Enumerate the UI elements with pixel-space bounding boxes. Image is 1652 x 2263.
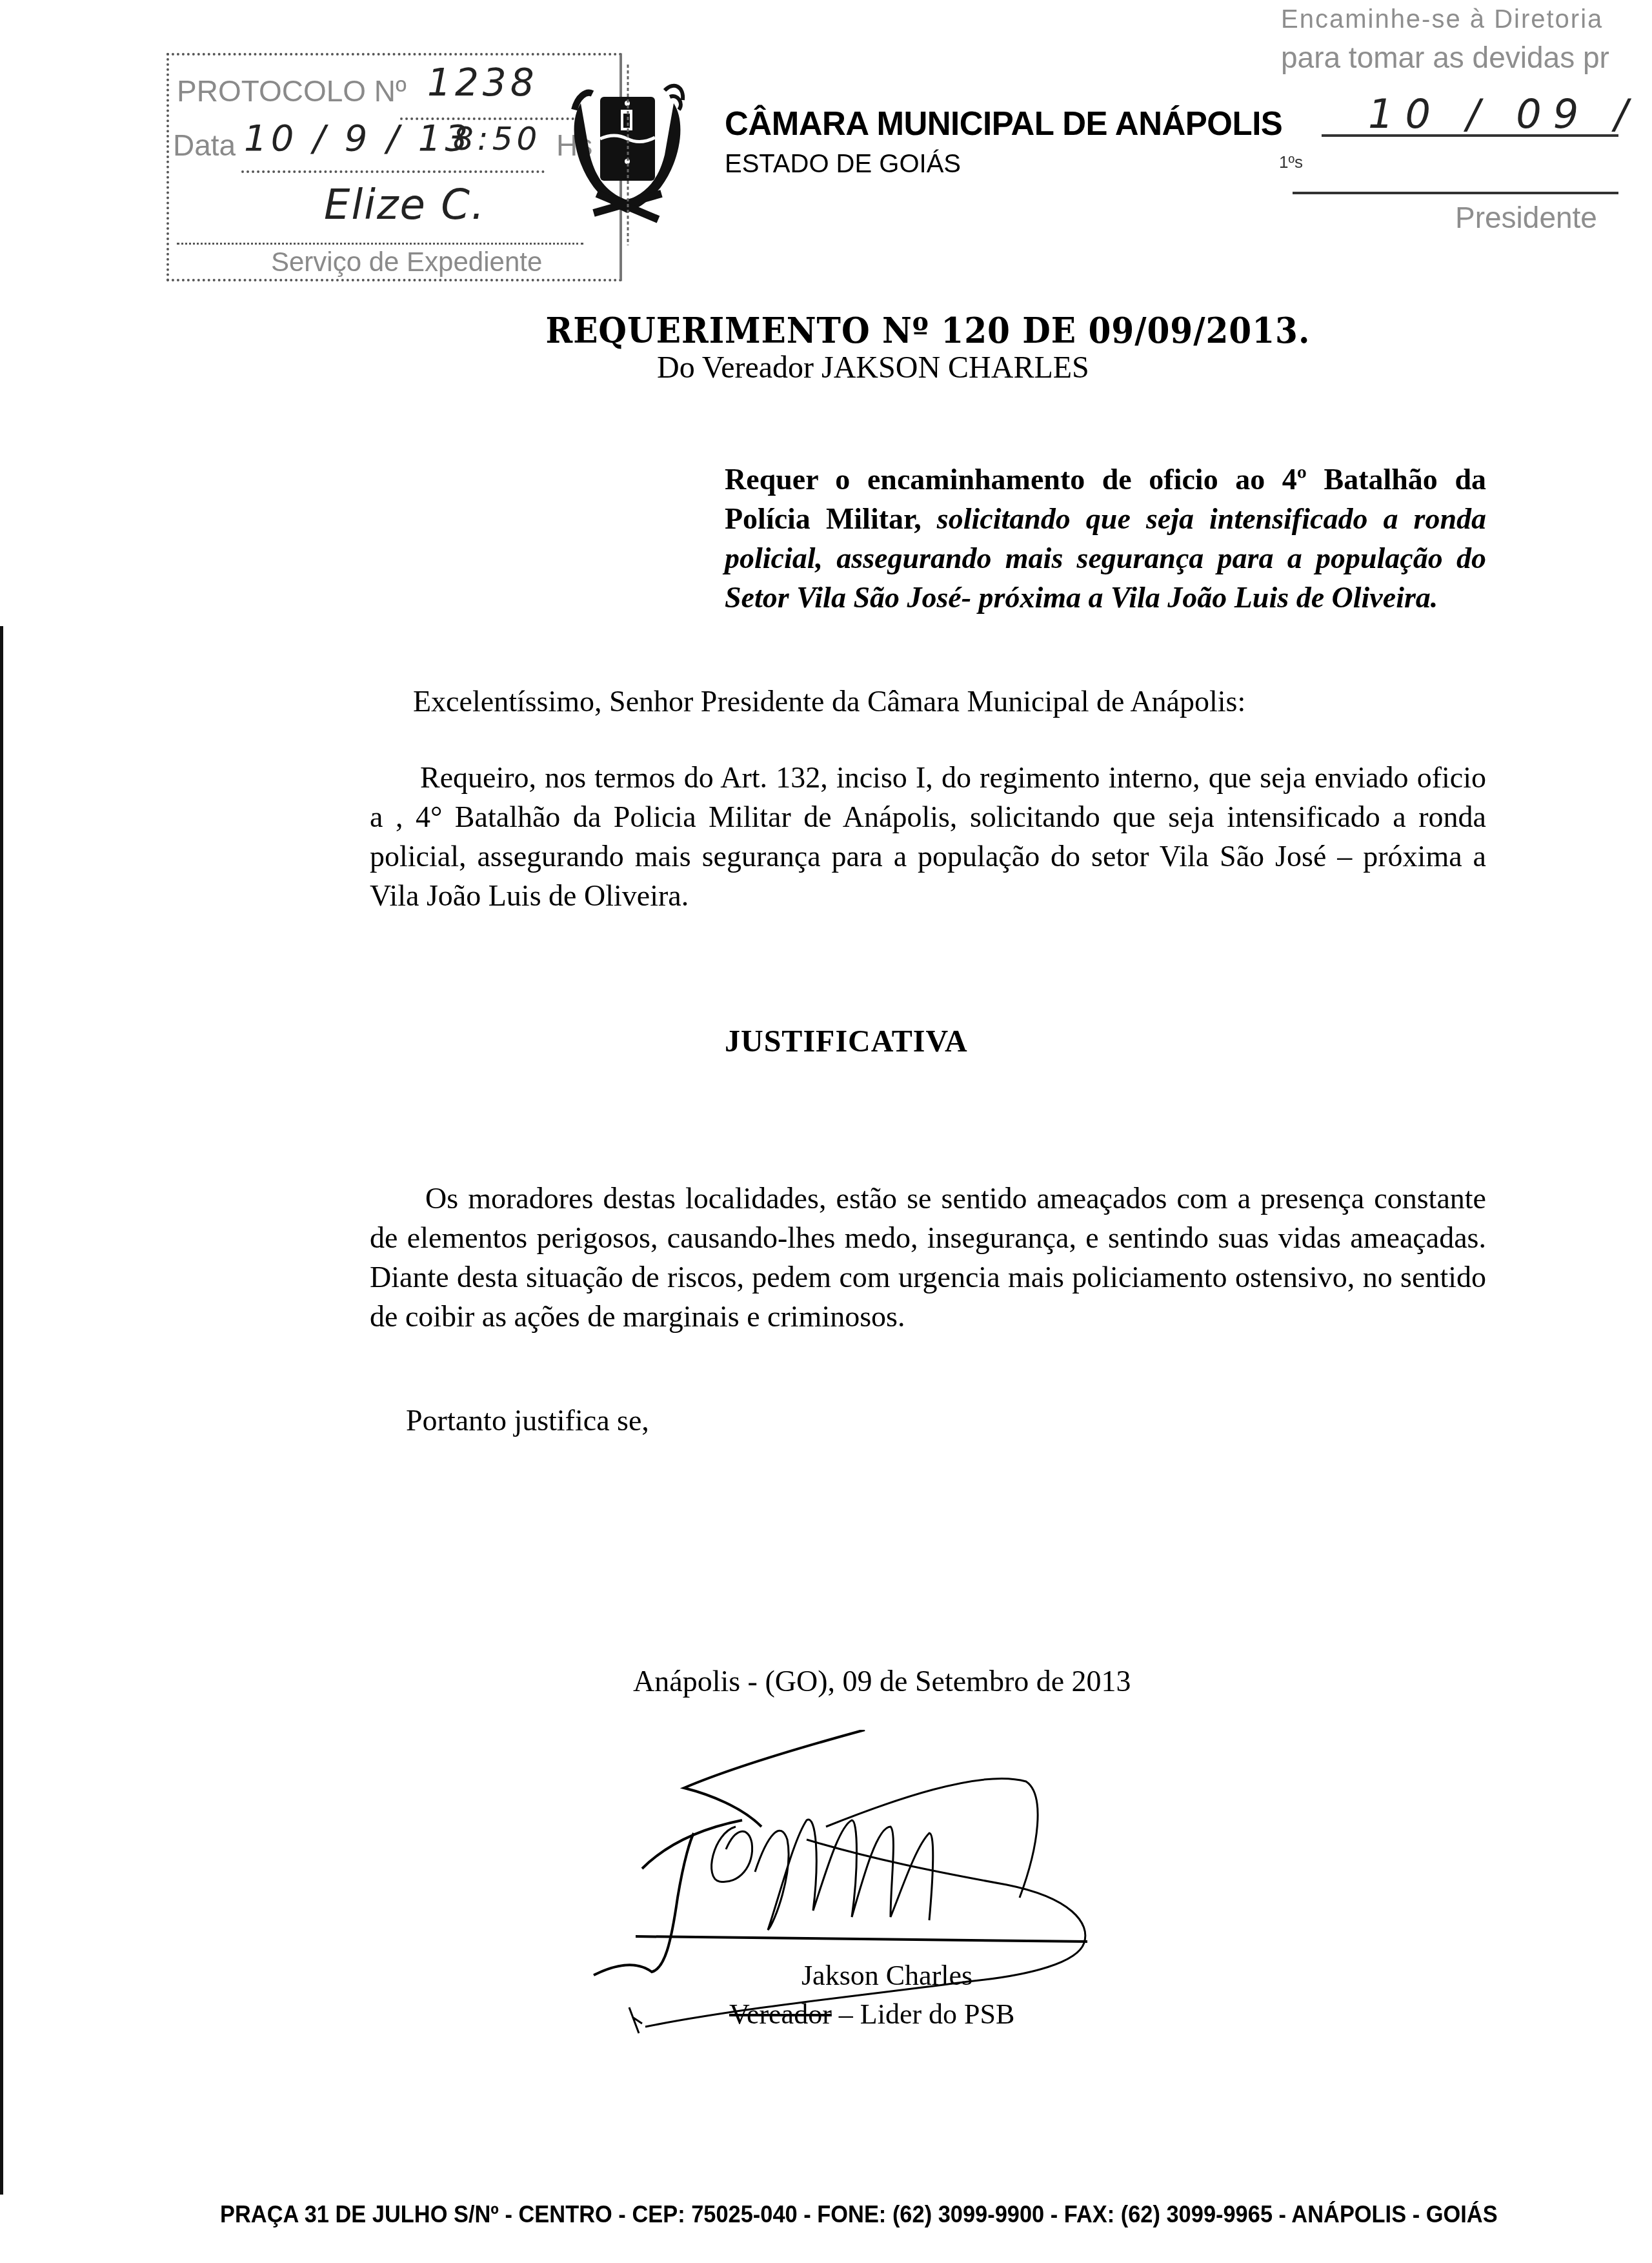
footer-address: PRAÇA 31 DE JULHO S/Nº - CENTRO - CEP: 7… — [220, 2201, 1498, 2228]
protocol-number: 1238 — [427, 61, 538, 105]
protocol-stamp: PROTOCOLO Nº 1238 Data 10 / 9 / 13 8:50 … — [166, 53, 622, 281]
justification-heading: JUSTIFICATIVA — [725, 1024, 968, 1059]
date-underline — [241, 170, 545, 173]
coat-of-arms-icon — [568, 65, 687, 245]
institution-state: ESTADO DE GOIÁS — [725, 150, 961, 179]
dispatch-date: 10 / 09 / — [1368, 90, 1640, 137]
protocol-label: PROTOCOLO Nº — [177, 74, 407, 108]
dispatch-date-underline — [1322, 134, 1618, 137]
dispatch-signature-line — [1293, 192, 1618, 194]
dispatch-line-2: para tomar as devidas pr — [1281, 40, 1609, 75]
closing-text: Portanto justifica se, — [406, 1403, 649, 1437]
signatory-name: Jakson Charles — [801, 1959, 972, 1992]
signatory-role-rest: – Lider do PSB — [832, 1998, 1015, 2030]
document-title: REQUERIMENTO Nº 120 DE 09/09/2013. — [65, 310, 1602, 351]
salutation: Excelentíssimo, Senhor Presidente da Câm… — [413, 684, 1245, 718]
dispatch-mark: 1ºs — [1279, 152, 1303, 172]
document-author: Do Vereador JAKSON CHARLES — [657, 350, 1089, 385]
protocol-time: 8:50 — [453, 120, 541, 157]
signatory-role: Vereador – Lider do PSB — [729, 1998, 1014, 2031]
department-label: Serviço de Expediente — [271, 247, 542, 278]
receiver-signature: Elize C. — [324, 181, 485, 229]
signatory-role-struck: Vereador — [729, 1998, 832, 2030]
institution-name: CÂMARA MUNICIPAL DE ANÁPOLIS — [725, 105, 1282, 143]
document-summary: Requer o encaminhamento de oficio ao 4º … — [725, 460, 1486, 617]
justification-paragraph: Os moradores destas localidades, estão s… — [370, 1179, 1486, 1336]
place-date: Anápolis - (GO), 09 de Setembro de 2013 — [633, 1664, 1131, 1698]
protocol-date: 10 / 9 / 13 — [244, 117, 472, 159]
request-paragraph: Requeiro, nos termos do Art. 132, inciso… — [370, 758, 1486, 915]
signature-line — [177, 243, 583, 245]
dispatch-line-1: Encaminhe-se à Diretoria — [1281, 5, 1603, 34]
scan-edge-line — [0, 626, 3, 2195]
date-label: Data — [173, 128, 236, 163]
dispatch-role: Presidente — [1455, 200, 1597, 235]
